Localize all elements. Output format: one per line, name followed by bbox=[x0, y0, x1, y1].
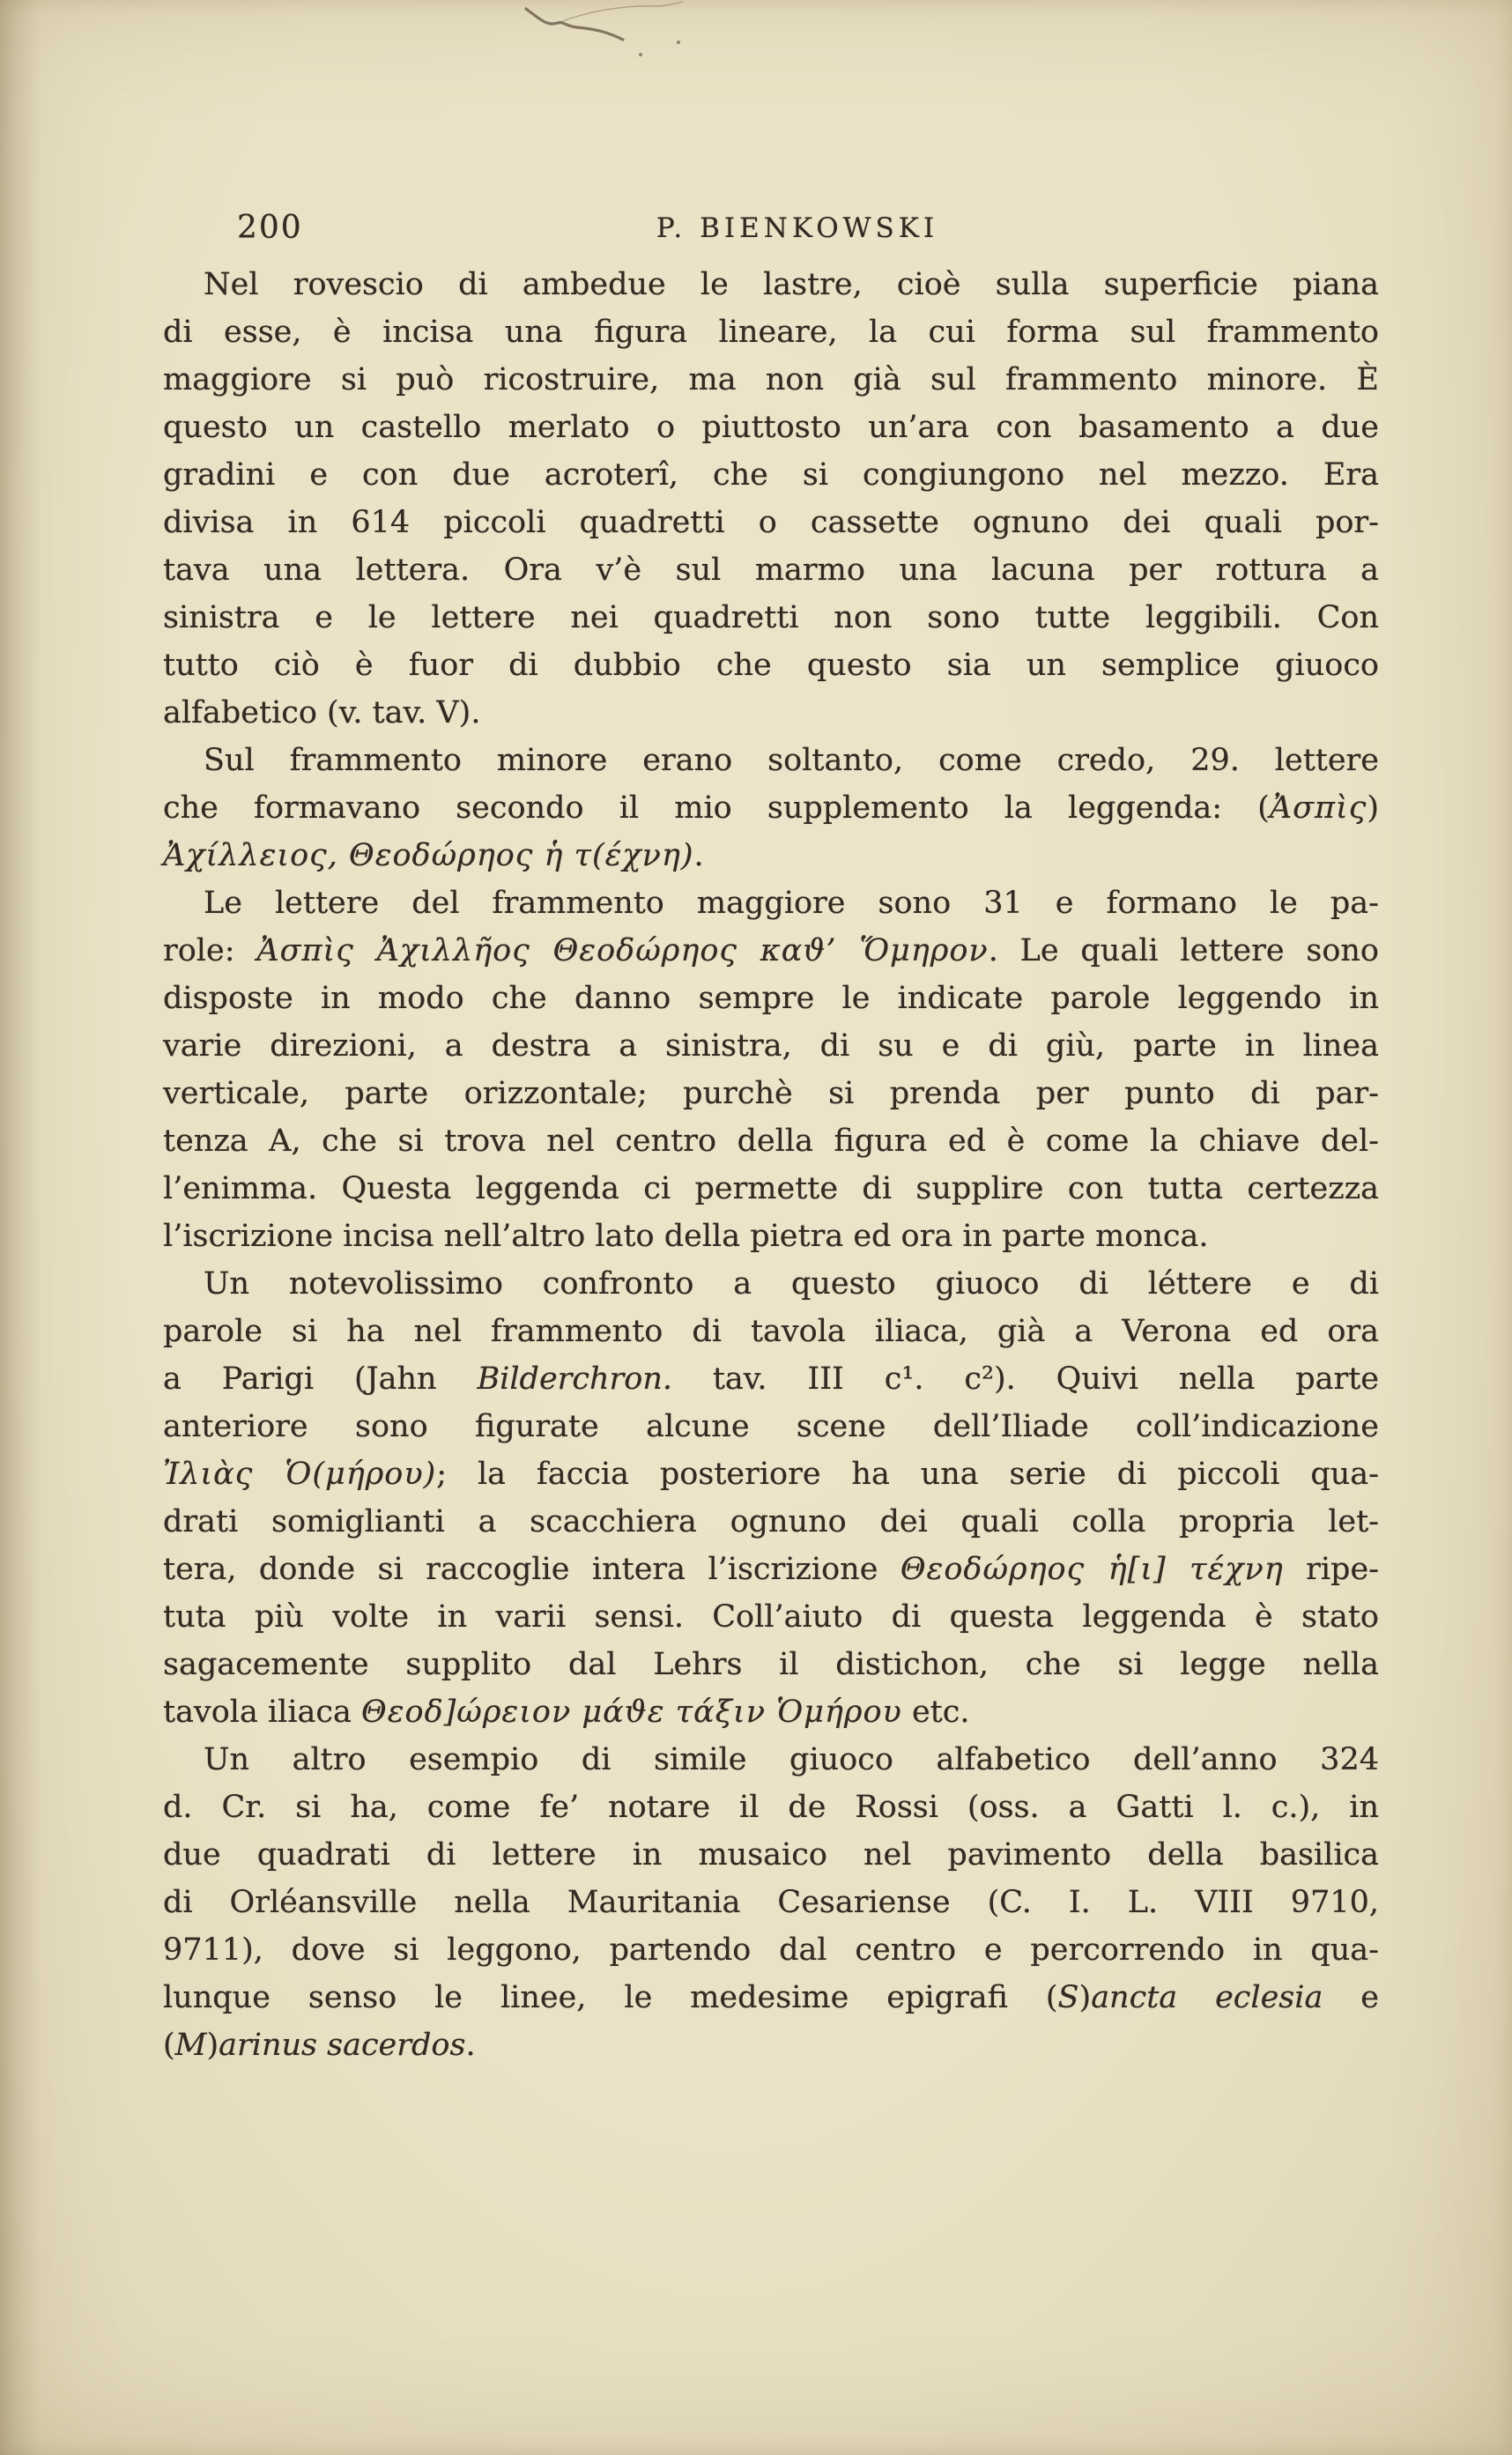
text-run: etc. bbox=[902, 1695, 970, 1730]
text-run: sagacemente supplito dal Lehrs il distic… bbox=[163, 1647, 1379, 1682]
text-run: questo un castello merlato o piuttosto u… bbox=[163, 410, 1379, 445]
text-run: role: bbox=[163, 933, 256, 968]
italic-text-run: Bilderchron. bbox=[477, 1361, 672, 1397]
text-line: tuta più volte in varii sensi. Coll’aiut… bbox=[163, 1593, 1379, 1641]
greek-text-run: Ἀσπὶς bbox=[1270, 790, 1367, 826]
text-line: due quadrati di lettere in musaico nel p… bbox=[163, 1831, 1379, 1879]
text-run: tavola iliaca bbox=[163, 1695, 361, 1730]
text-line: tenza A, che si trova nel centro della f… bbox=[163, 1117, 1379, 1165]
text-run: a Parigi (Jahn bbox=[163, 1361, 477, 1397]
italic-text-run: M bbox=[175, 2028, 207, 2063]
text-line: Sul frammento minore erano soltanto, com… bbox=[163, 737, 1379, 784]
ink-speck bbox=[677, 41, 680, 44]
text-run: parole si ha nel frammento di tavola ili… bbox=[163, 1314, 1379, 1349]
text-run: Sul frammento minore erano soltanto, com… bbox=[204, 743, 1379, 778]
scan-edge-shadow bbox=[0, 0, 41, 2455]
text-line: drati somiglianti a scacchiera ognuno de… bbox=[163, 1498, 1379, 1546]
text-run: due quadrati di lettere in musaico nel p… bbox=[163, 1837, 1379, 1873]
text-line: questo un castello merlato o piuttosto u… bbox=[163, 404, 1379, 451]
text-run: tenza A, che si trova nel centro della f… bbox=[163, 1124, 1379, 1159]
text-run: . bbox=[465, 2028, 475, 2063]
text-line: verticale, parte orizzontale; purchè si … bbox=[163, 1070, 1379, 1117]
text-line: (M)arinus sacerdos. bbox=[163, 2021, 1379, 2069]
text-run: ; la faccia posteriore ha una serie di p… bbox=[436, 1457, 1379, 1492]
text-run: ) bbox=[207, 2028, 219, 2063]
text-run: maggiore si può ricostruire, ma non già … bbox=[163, 362, 1379, 397]
text-line: disposte in modo che danno sempre le ind… bbox=[163, 975, 1379, 1022]
text-line: parole si ha nel frammento di tavola ili… bbox=[163, 1308, 1379, 1355]
italic-text-run: ancta eclesia bbox=[1091, 1980, 1323, 2015]
scanned-book-page: 200 P. BIENKOWSKI Nel rovescio di ambedu… bbox=[0, 0, 1512, 2455]
text-run: Le lettere del frammento maggiore sono 3… bbox=[204, 886, 1379, 921]
text-line: lunque senso le linee, le medesime epigr… bbox=[163, 1974, 1379, 2021]
text-line: 9711), dove si leggono, partendo dal cen… bbox=[163, 1926, 1379, 1974]
text-run: sinistra e le lettere nei quadretti non … bbox=[163, 600, 1379, 635]
text-run: tutto ciò è fuor di dubbio che questo si… bbox=[163, 648, 1379, 683]
page-header: 200 P. BIENKOWSKI bbox=[163, 210, 1379, 252]
text-line: Un notevolissimo confronto a questo giuo… bbox=[163, 1260, 1379, 1308]
text-line: Nel rovescio di ambedue le lastre, cioè … bbox=[163, 261, 1379, 308]
text-line: gradini e con due acroterî, che si congi… bbox=[163, 451, 1379, 499]
text-run: . Le quali lettere sono bbox=[989, 933, 1379, 968]
text-run: Un altro esempio di simile giuoco alfabe… bbox=[204, 1742, 1379, 1777]
text-run: varie direzioni, a destra a sinistra, di… bbox=[163, 1028, 1379, 1064]
text-run: di esse, è incisa una figura lineare, la… bbox=[163, 315, 1379, 350]
text-run: Nel rovescio di ambedue le lastre, cioè … bbox=[204, 267, 1379, 302]
text-line: di esse, è incisa una figura lineare, la… bbox=[163, 308, 1379, 356]
text-line: Ἰλιὰς Ὁ(μήρου); la faccia posteriore ha … bbox=[163, 1450, 1379, 1498]
text-run: di Orléansville nella Mauritania Cesarie… bbox=[163, 1885, 1379, 1920]
text-run: anteriore sono figurate alcune scene del… bbox=[163, 1409, 1379, 1444]
text-run: e bbox=[1323, 1980, 1379, 2015]
text-line: tutto ciò è fuor di dubbio che questo si… bbox=[163, 642, 1379, 689]
text-line: sagacemente supplito dal Lehrs il distic… bbox=[163, 1641, 1379, 1688]
text-run: gradini e con due acroterî, che si congi… bbox=[163, 457, 1379, 493]
text-line: tava una lettera. Ora v’è sul marmo una … bbox=[163, 546, 1379, 594]
text-line: varie direzioni, a destra a sinistra, di… bbox=[163, 1022, 1379, 1070]
text-line: l’iscrizione incisa nell’altro lato dell… bbox=[163, 1213, 1379, 1260]
text-run: tera, donde si raccoglie intera l’iscriz… bbox=[163, 1552, 901, 1587]
italic-text-run: arinus sacerdos bbox=[219, 2028, 465, 2063]
text-line: role: Ἀσπὶς Ἀχιλλῆος Θεοδώρηος καϑ’ Ὅμηρ… bbox=[163, 927, 1379, 975]
text-line: sinistra e le lettere nei quadretti non … bbox=[163, 594, 1379, 642]
text-run: disposte in modo che danno sempre le ind… bbox=[163, 981, 1379, 1016]
text-line: tavola iliaca Θεοδ]ώρειον μάϑε τάξιν Ὁμή… bbox=[163, 1688, 1379, 1736]
greek-text-run: Ἀσπὶς Ἀχιλλῆος Θεοδώρηος καϑ’ Ὅμηρον bbox=[256, 933, 988, 968]
text-run: 9711), dove si leggono, partendo dal cen… bbox=[163, 1932, 1379, 1968]
text-run: l’enimma. Questa leggenda ci permette di… bbox=[163, 1171, 1379, 1206]
text-line: Le lettere del frammento maggiore sono 3… bbox=[163, 879, 1379, 927]
text-run: verticale, parte orizzontale; purchè si … bbox=[163, 1076, 1379, 1111]
text-run: lunque senso le linee, le medesime epigr… bbox=[163, 1980, 1058, 2015]
text-line: di Orléansville nella Mauritania Cesarie… bbox=[163, 1879, 1379, 1926]
text-line: anteriore sono figurate alcune scene del… bbox=[163, 1403, 1379, 1450]
text-line: alfabetico (v. tav. V). bbox=[163, 689, 1379, 737]
scan-hair-artifact bbox=[515, 0, 692, 53]
text-run: d. Cr. si ha, come fe’ notare il de Ross… bbox=[163, 1790, 1379, 1825]
text-line: maggiore si può ricostruire, ma non già … bbox=[163, 356, 1379, 404]
text-run: ) bbox=[1367, 790, 1379, 826]
text-run: tuta più volte in varii sensi. Coll’aiut… bbox=[163, 1599, 1379, 1635]
italic-text-run: S bbox=[1058, 1980, 1079, 2015]
greek-text-run: Ἰλιὰς Ὁ(μήρου) bbox=[163, 1457, 436, 1492]
text-run: alfabetico (v. tav. V). bbox=[163, 695, 480, 731]
text-run: drati somiglianti a scacchiera ognuno de… bbox=[163, 1504, 1379, 1539]
text-run: . bbox=[694, 838, 704, 873]
text-run: tava una lettera. Ora v’è sul marmo una … bbox=[163, 553, 1379, 588]
text-line: l’enimma. Questa leggenda ci permette di… bbox=[163, 1165, 1379, 1213]
text-line: tera, donde si raccoglie intera l’iscriz… bbox=[163, 1546, 1379, 1593]
greek-text-run: Θεοδώρηος ἡ[ι] τέχνη bbox=[901, 1552, 1284, 1587]
text-run: ) bbox=[1079, 1980, 1092, 2015]
text-line: Ἀχίλλειος, Θεοδώρηος ἡ τ(έχνη). bbox=[163, 832, 1379, 879]
text-line: divisa in 614 piccoli quadretti o casset… bbox=[163, 499, 1379, 546]
text-line: che formavano secondo il mio supplemento… bbox=[163, 784, 1379, 832]
greek-text-run: Θεοδ]ώρειον μάϑε τάξιν Ὁμήρου bbox=[361, 1695, 902, 1730]
text-run: Un notevolissimo confronto a questo giuo… bbox=[204, 1266, 1379, 1302]
greek-text-run: Ἀχίλλειος, Θεοδώρηος ἡ τ(έχνη) bbox=[163, 838, 694, 873]
text-line: Un altro esempio di simile giuoco alfabe… bbox=[163, 1736, 1379, 1784]
text-line: d. Cr. si ha, come fe’ notare il de Ross… bbox=[163, 1784, 1379, 1831]
running-header: P. BIENKOWSKI bbox=[163, 212, 1379, 244]
text-line: a Parigi (Jahn Bilderchron. tav. III c¹.… bbox=[163, 1355, 1379, 1403]
text-run: che formavano secondo il mio supplemento… bbox=[163, 790, 1270, 826]
text-run: ( bbox=[163, 2028, 175, 2063]
text-run: tav. III c¹. c²). Quivi nella parte bbox=[672, 1361, 1379, 1397]
text-run: ripe- bbox=[1284, 1552, 1379, 1587]
body-text: Nel rovescio di ambedue le lastre, cioè … bbox=[163, 261, 1379, 2069]
text-run: divisa in 614 piccoli quadretti o casset… bbox=[163, 505, 1379, 540]
text-run: l’iscrizione incisa nell’altro lato dell… bbox=[163, 1219, 1209, 1254]
ink-speck bbox=[639, 53, 642, 56]
